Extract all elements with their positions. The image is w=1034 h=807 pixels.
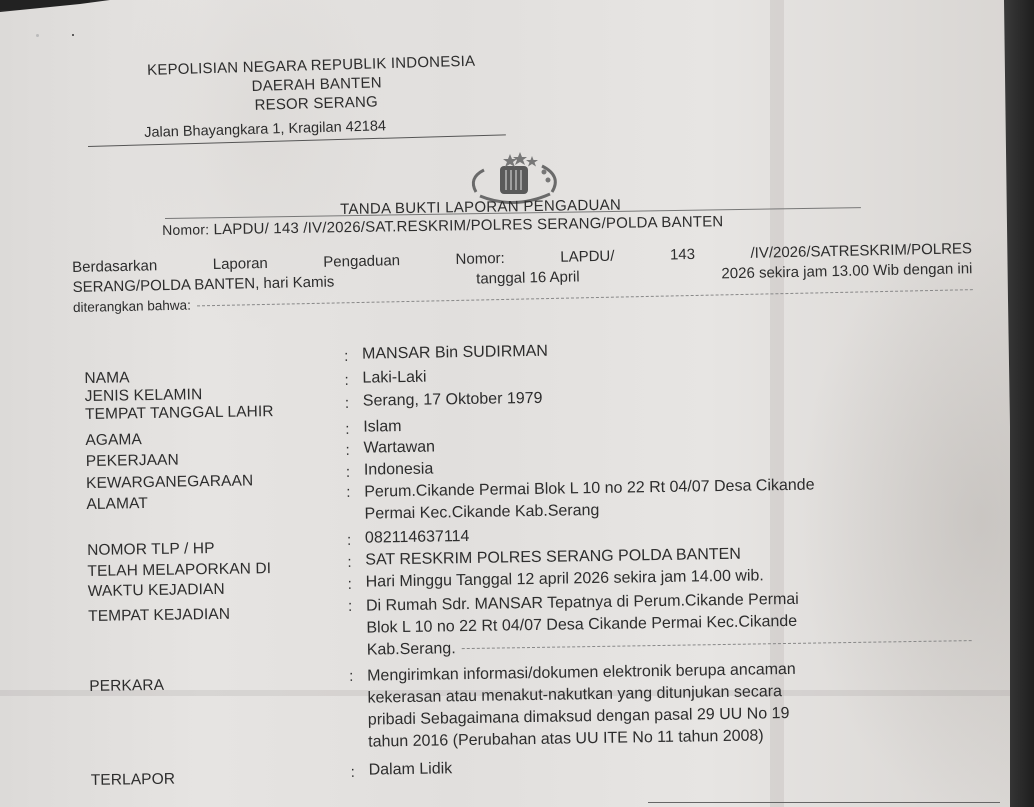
field-value: Di Rumah Sdr. MANSAR Tepatnya di Perum.C… [366,586,972,661]
field-colon: : [345,442,349,459]
field-label: TEMPAT KEJADIAN [88,606,230,626]
intro-word: Pengaduan [323,251,400,273]
field-label: KEWARGANEGARAAN [86,472,253,493]
field-label: NAMA [84,369,129,388]
field-label: AGAMA [85,431,142,450]
field-value: 082114637114 [365,528,470,548]
field-colon: : [345,395,349,412]
field-colon: : [345,421,349,438]
field-label: TELAH MELAPORKAN DI [87,560,271,581]
intro-word: 143 [670,245,695,266]
field-value: Dalam Lidik [368,760,452,779]
letterhead-address: Jalan Bhayangkara 1, Kragilan 42184 [144,118,386,141]
field-label: TEMPAT TANGGAL LAHIR [85,403,274,424]
document-number-label: Nomor: [162,221,209,238]
field-value-line: Permai Kec.Cikande Kab.Serang [364,500,599,526]
paper-document: KEPOLISIAN NEGARA REPUBLIK INDONESIA DAE… [0,0,1010,807]
intro-paragraph: Berdasarkan Laporan Pengaduan Nomor: LAP… [72,239,973,318]
field-colon: : [344,348,348,365]
field-label: WAKTU KEJADIAN [88,581,225,601]
field-colon: : [346,484,350,501]
field-colon: : [347,532,351,549]
paper-speck [72,34,74,36]
paper-speck [36,34,39,37]
field-row-nama: NAMA:MANSAR Bin SUDIRMAN [84,336,984,350]
intro-word: Nomor: [455,249,505,270]
field-value: Islam [363,418,402,437]
intro-segment: tanggal 16 April [476,267,580,289]
intro-word: Laporan [213,254,268,275]
intro-word: LAPDU/ [560,247,615,268]
letterhead: KEPOLISIAN NEGARA REPUBLIK INDONESIA DAE… [106,51,517,119]
field-label: ALAMAT [86,495,148,514]
field-colon: : [348,576,352,593]
field-colon: : [346,464,350,481]
field-colon: : [349,668,353,685]
field-colon: : [344,372,348,389]
field-label: JENIS KELAMIN [85,386,203,406]
field-colon: : [347,554,351,571]
field-label: NOMOR TLP / HP [87,540,215,560]
intro-word: Berdasarkan [72,256,157,278]
field-label: PERKARA [89,677,164,696]
field-label: PEKERJAAN [86,452,179,471]
field-value: Serang, 17 Oktober 1979 [363,390,543,411]
field-value-line: Kab.Serang. [367,638,456,661]
field-value: MANSAR Bin SUDIRMAN [362,343,548,364]
field-value: SAT RESKRIM POLRES SERANG POLDA BANTEN [365,546,741,570]
field-value: Perum.Cikande Permai Blok L 10 no 22 Rt … [364,472,970,525]
report-fields: NAMA:MANSAR Bin SUDIRMANJENIS KELAMIN:La… [84,336,984,350]
field-value: Indonesia [364,461,434,480]
intro-segment: diterangkan bahwa: [73,296,191,318]
field-colon: : [348,598,352,615]
bottom-divider [648,802,1000,803]
field-value: Wartawan [363,438,435,457]
field-label: TERLAPOR [91,771,176,790]
field-colon: : [351,764,355,781]
field-value: Hari Minggu Tanggal 12 april 2026 sekira… [366,567,764,591]
field-value: Mengirimkan informasi/dokumen elektronik… [367,656,973,753]
field-value: Laki-Laki [362,369,426,388]
